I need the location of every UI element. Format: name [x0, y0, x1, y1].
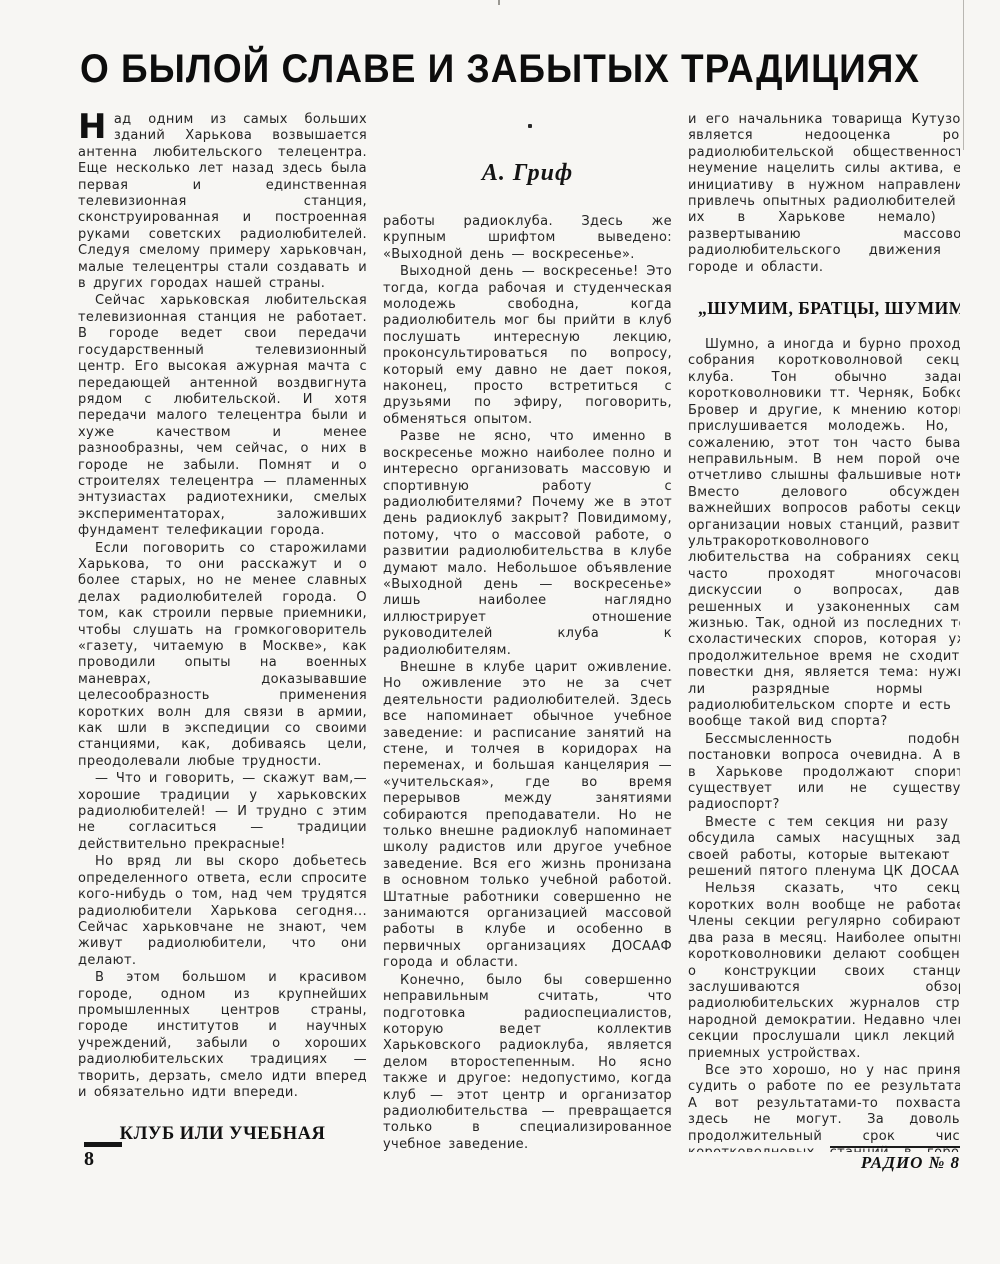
paragraph: работы радиоклуба. Здесь же крупным шриф…: [383, 214, 672, 263]
column-1: Над одним из самых больших зданий Харько…: [78, 112, 367, 1152]
paragraph: Конечно, было бы совершенно неправильным…: [383, 973, 672, 1152]
scan-artifact-dot: [528, 124, 532, 128]
page-number: 8: [84, 1148, 122, 1171]
article-title: О БЫЛОЙ СЛАВЕ И ЗАБЫТЫХ ТРАДИЦИЯХ: [0, 46, 1000, 91]
magazine-page: О БЫЛОЙ СЛАВЕ И ЗАБЫТЫХ ТРАДИЦИЯХ Над од…: [0, 0, 1000, 1264]
page-footer: 8 РАДИО № 8: [78, 1142, 960, 1186]
paragraph: Если поговорить со старожилами Харькова,…: [78, 541, 367, 771]
paragraph-text: ад одним из самых больших зданий Харьков…: [78, 112, 367, 291]
paragraph: Нельзя сказать, что секция коротких волн…: [688, 881, 960, 1061]
journal-title: РАДИО № 8: [830, 1153, 960, 1173]
paragraph: В этом большом и красивом городе, одном …: [78, 970, 367, 1101]
page-number-block: 8: [84, 1142, 122, 1171]
paragraph: Выходной день — воскресенье! Это тогда, …: [383, 264, 672, 428]
paragraph: Бессмысленность подобной постановки вопр…: [688, 732, 960, 814]
journal-title-block: РАДИО № 8: [830, 1146, 960, 1173]
paragraph: и его начальника товарища Кутузова являе…: [688, 112, 960, 276]
journal-rule: [830, 1146, 960, 1148]
column-2: А. Гриф работы радиоклуба. Здесь же круп…: [383, 112, 672, 1152]
dropcap-letter: Н: [78, 112, 114, 141]
paragraph: Но вряд ли вы скоро добьетесь определенн…: [78, 854, 367, 969]
paragraph: Шумно, а иногда и бурно проходят собрани…: [688, 337, 960, 731]
paragraph: Над одним из самых больших зданий Харько…: [78, 112, 367, 292]
paragraph: Сейчас харьковская любительская телевизи…: [78, 293, 367, 539]
paragraph: Вместе с тем секция ни разу не обсудила …: [688, 815, 960, 881]
byline-area: А. Гриф: [383, 112, 672, 214]
article-columns: Над одним из самых больших зданий Харько…: [78, 112, 960, 1152]
paragraph: — Что и говорить, — скажут вам,— хорошие…: [78, 771, 367, 853]
column-3: и его начальника товарища Кутузова являе…: [688, 112, 960, 1152]
page-number-rule: [84, 1142, 122, 1147]
paragraph: Все это хорошо, но у нас принято судить …: [688, 1063, 960, 1152]
scan-artifact-mark: [498, 0, 500, 5]
paragraph: Внешне в клубе царит оживление. Но оживл…: [383, 660, 672, 972]
paragraph: Разве не ясно, что именно в воскресенье …: [383, 429, 672, 659]
subheading-noise: „ШУМИМ, БРАТЦЫ, ШУМИМ!“: [688, 298, 960, 319]
